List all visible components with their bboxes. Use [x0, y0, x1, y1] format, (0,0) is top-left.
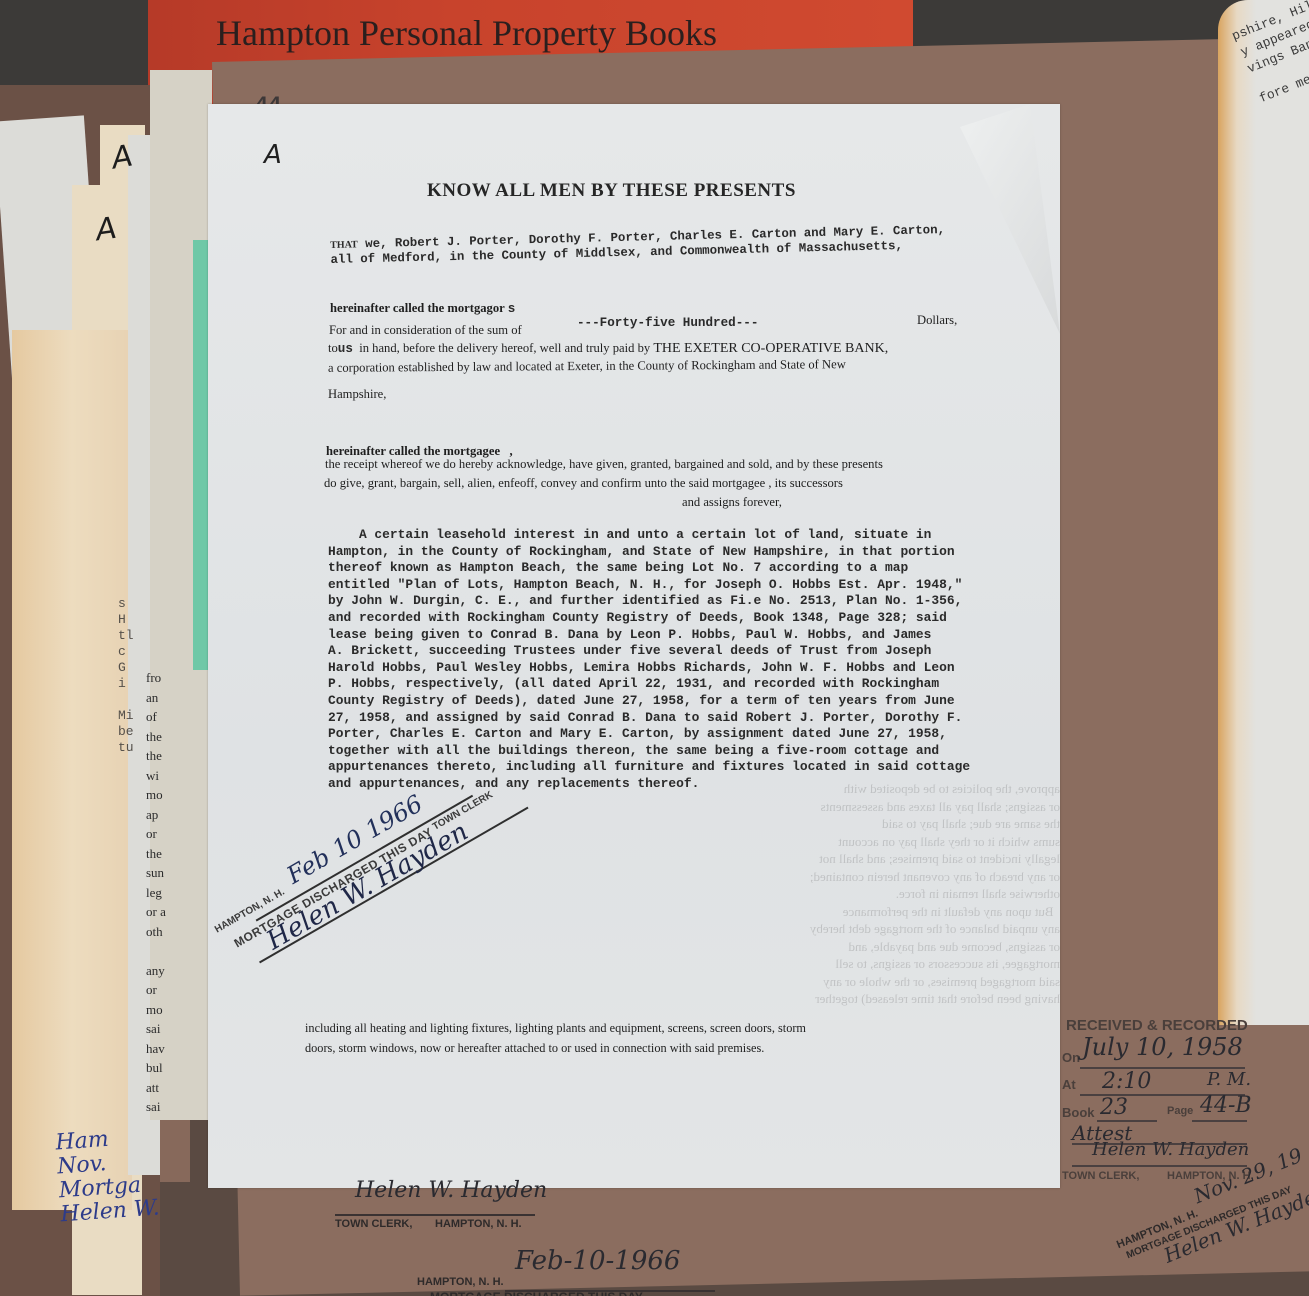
recorded-date: July 10, 1958 — [1082, 1033, 1243, 1061]
description-line: and recorded with Rockingham County Regi… — [328, 610, 1008, 627]
dollars-label: Dollars, — [917, 313, 957, 328]
mortgagor-label: hereinafter called the mortgagor s — [330, 301, 515, 316]
bleed-through-text: approve, the policies to be deposited wi… — [600, 780, 1060, 1010]
description-line: entitled "Plan of Lots, Hampton Beach, N… — [328, 577, 1008, 594]
description-line: P. Hobbs, respectively, (all dated April… — [328, 676, 1008, 693]
left-page-fragment-1: fro an of the the wi mo ap or the sun le… — [146, 668, 166, 1117]
corner-mark: A — [264, 140, 282, 170]
description-line: A. Brickett, succeeding Trustees under f… — [328, 643, 1008, 660]
lower-center-stamps: Helen W. Hayden TOWN CLERK, HAMPTON, N. … — [335, 1178, 635, 1296]
grant-clause: do give, grant, bargain, sell, alien, en… — [324, 476, 843, 491]
description-line: Hampton, in the County of Rockingham, an… — [328, 544, 1008, 561]
recorded-signature: Helen W. Hayden — [1092, 1139, 1249, 1160]
folder-mark-a: A — [94, 211, 119, 249]
description-line: A certain leasehold interest in and unto… — [328, 527, 1008, 544]
description-line: by John W. Durgin, C. E., and further id… — [328, 593, 1008, 610]
fixtures-line-1: including all heating and lighting fixtu… — [305, 1021, 806, 1036]
description-line: thereof known as Hampton Beach, the same… — [328, 560, 1008, 577]
recorded-book: 23 — [1100, 1095, 1128, 1120]
description-line: 27, 1958, and assigned by said Conrad B.… — [328, 710, 1008, 727]
recorded-meridiem: P. M. — [1207, 1069, 1251, 1090]
description-line: Harold Hobbs, Paul Wesley Hobbs, Lemira … — [328, 660, 1008, 677]
recorded-header: RECEIVED & RECORDED — [1066, 1017, 1248, 1034]
that-word: That — [330, 239, 358, 251]
recorded-time: 2:10 — [1102, 1069, 1151, 1094]
document-title: KNOW ALL MEN BY THESE PRESENTS — [427, 180, 796, 202]
recorded-page: 44-B — [1200, 1093, 1252, 1118]
left-page-fragment-2: s H tl c G i Mi be tu — [118, 596, 134, 756]
handwritten-note-left: Ham Nov. Mortga Helen W. — [55, 1125, 161, 1228]
corporation-line-2: Hampshire, — [328, 387, 386, 402]
description-line: County Registry of Deeds), dated June 27… — [328, 693, 1008, 710]
description-line: lease being given to Conrad B. Dana by L… — [328, 627, 1008, 644]
fixtures-line-2: doors, storm windows, now or hereafter a… — [305, 1041, 764, 1056]
right-page-edge — [1218, 0, 1309, 1025]
received-recorded-stamp: RECEIVED & RECORDED On July 10, 1958 At … — [1062, 1015, 1257, 1185]
assigns-clause: and assigns forever, — [682, 495, 782, 510]
book-spine-title: Hampton Personal Property Books — [216, 12, 717, 54]
consideration-amount: ---Forty-five Hundred--- — [577, 316, 758, 330]
consideration-label: For and in consideration of the sum of — [329, 323, 522, 338]
description-line: Porter, Charles E. Carton and Mary E. Ca… — [328, 726, 1008, 743]
receipt-clause: the receipt whereof we do hereby acknowl… — [325, 457, 883, 472]
mortgagee-name: THE EXETER CO-OPERATIVE BANK, — [653, 341, 888, 356]
aged-paper-sheet — [12, 330, 132, 1210]
paid-clause: tous in hand, before the delivery hereof… — [328, 341, 888, 357]
